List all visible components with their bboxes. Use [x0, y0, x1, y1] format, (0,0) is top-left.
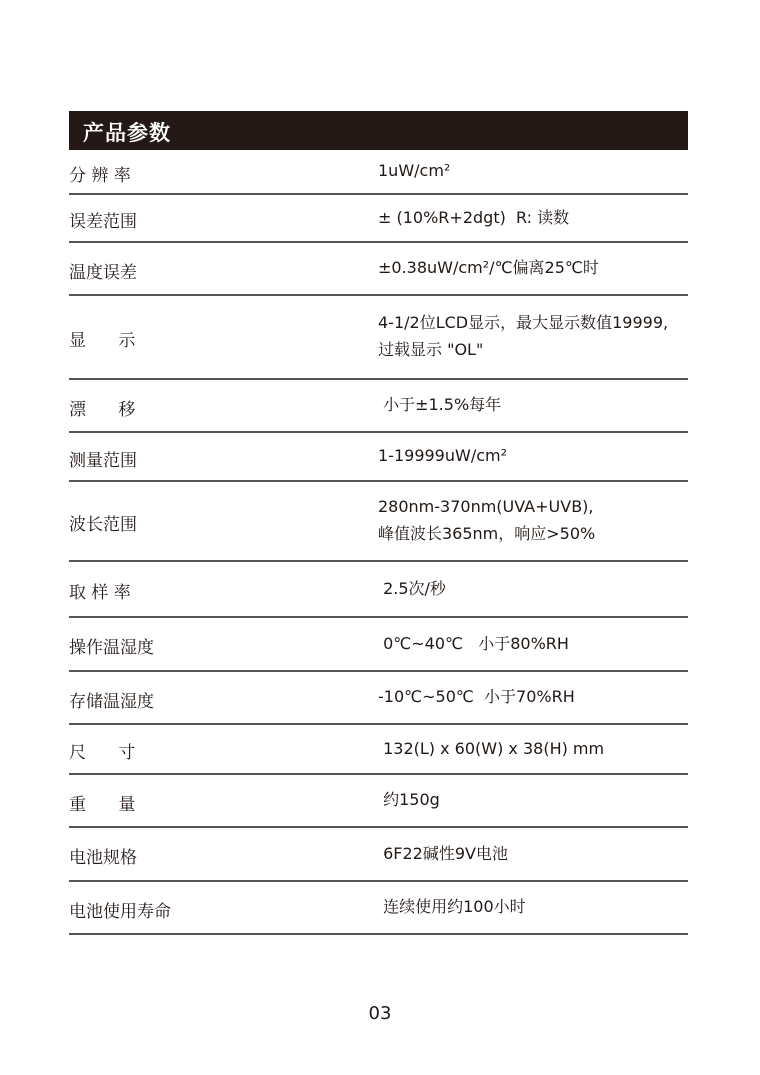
spec-value: ±0.38uW/cm²/℃偏离25℃时	[378, 254, 599, 281]
page-number: 03	[0, 1003, 760, 1024]
spec-value: 1-19999uW/cm²	[378, 442, 507, 469]
table-row: 取 样 率 2.5次/秒	[69, 562, 688, 618]
spec-label: 误差范围	[69, 207, 137, 232]
spec-value: 连续使用约100小时	[378, 893, 526, 920]
spec-label: 漂 移	[69, 395, 135, 420]
spec-value: 6F22碱性9V电池	[378, 840, 508, 867]
table-row: 尺 寸 132(L) x 60(W) x 38(H) mm	[69, 725, 688, 775]
spec-label: 分 辨 率	[69, 161, 131, 186]
table-row: 误差范围± (10%R+2dgt) R: 读数	[69, 195, 688, 243]
spec-value: 4-1/2位LCD显示，最大显示数值19999, 过载显示 "OL"	[378, 309, 668, 363]
spec-value: ± (10%R+2dgt) R: 读数	[378, 204, 569, 231]
spec-label: 电池规格	[69, 843, 137, 868]
table-row: 分 辨 率1uW/cm²	[69, 150, 688, 195]
spec-label: 尺 寸	[69, 738, 135, 763]
table-row: 测量范围1-19999uW/cm²	[69, 433, 688, 482]
spec-label: 温度误差	[69, 258, 137, 283]
spec-value: 132(L) x 60(W) x 38(H) mm	[378, 735, 604, 762]
spec-value: 小于±1.5%每年	[378, 391, 501, 418]
table-row: 重 量 约150g	[69, 775, 688, 828]
spec-label: 操作温湿度	[69, 633, 154, 658]
table-row: 电池规格 6F22碱性9V电池	[69, 828, 688, 882]
spec-value: 1uW/cm²	[378, 157, 450, 184]
spec-value: 280nm-370nm(UVA+UVB), 峰值波长365nm，响应>50%	[378, 493, 595, 547]
spec-label: 取 样 率	[69, 578, 131, 603]
section-title: 产品参数	[83, 117, 171, 147]
spec-label: 存储温湿度	[69, 687, 154, 712]
spec-label: 测量范围	[69, 446, 137, 471]
spec-value: 2.5次/秒	[378, 575, 446, 602]
spec-label: 显 示	[69, 326, 135, 351]
table-row: 波长范围280nm-370nm(UVA+UVB), 峰值波长365nm，响应>5…	[69, 482, 688, 562]
spec-label: 重 量	[69, 790, 135, 815]
table-row: 漂 移 小于±1.5%每年	[69, 380, 688, 433]
table-row: 操作温湿度 0℃~40℃ 小于80%RH	[69, 618, 688, 672]
spec-label: 电池使用寿命	[69, 897, 171, 922]
table-row: 显 示4-1/2位LCD显示，最大显示数值19999, 过载显示 "OL"	[69, 296, 688, 380]
spec-label: 波长范围	[69, 510, 137, 535]
spec-value: 0℃~40℃ 小于80%RH	[378, 630, 569, 657]
table-row: 温度误差±0.38uW/cm²/℃偏离25℃时	[69, 243, 688, 296]
spec-value: -10℃~50℃ 小于70%RH	[378, 683, 575, 710]
section-header: 产品参数	[69, 111, 688, 150]
table-row: 存储温湿度-10℃~50℃ 小于70%RH	[69, 672, 688, 725]
spec-value: 约150g	[378, 786, 440, 813]
table-row: 电池使用寿命 连续使用约100小时	[69, 882, 688, 935]
row-divider	[69, 933, 688, 935]
